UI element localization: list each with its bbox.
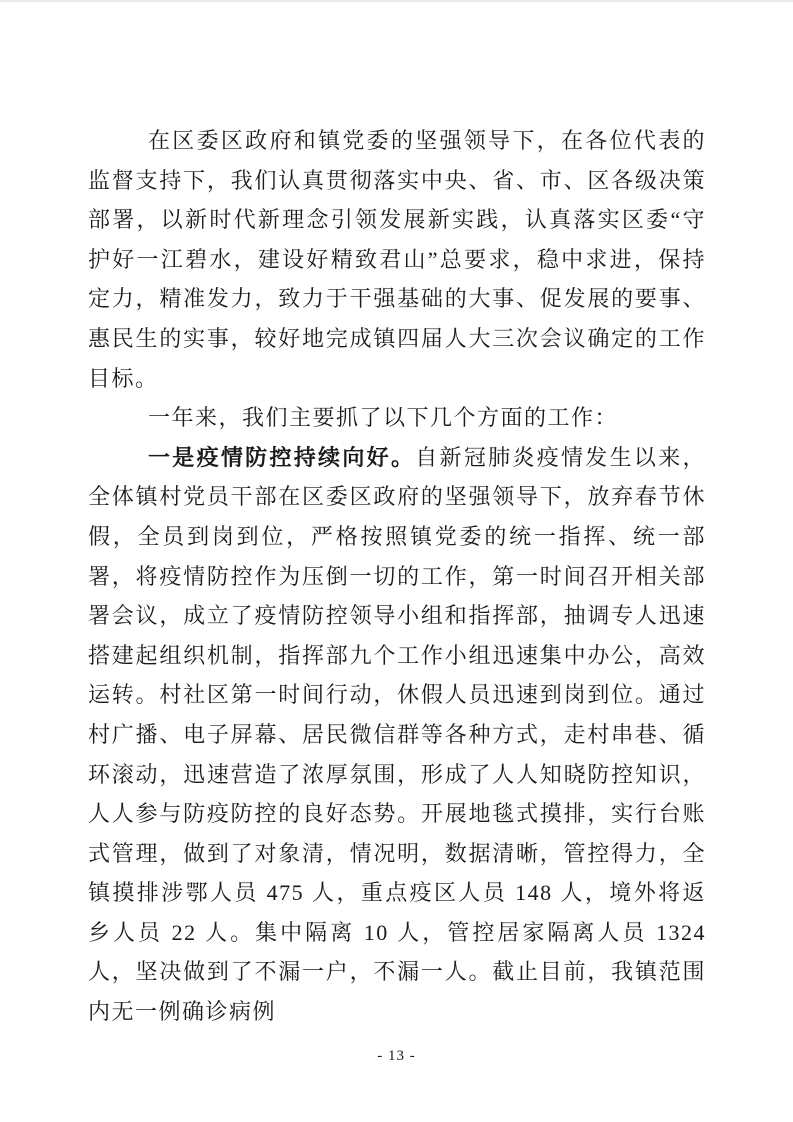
paragraph-text: 在区委区政府和镇党委的坚强领导下，在各位代表的监督支持下，我们认真贯彻落实中央、… xyxy=(88,128,706,391)
document-page: 在区委区政府和镇党委的坚强领导下，在各位代表的监督支持下，我们认真贯彻落实中央、… xyxy=(0,0,793,1122)
paragraph: 在区委区政府和镇党委的坚强领导下，在各位代表的监督支持下，我们认真贯彻落实中央、… xyxy=(88,121,706,398)
document-body: 在区委区政府和镇党委的坚强领导下，在各位代表的监督支持下，我们认真贯彻落实中央、… xyxy=(88,121,706,1032)
paragraph-text: 一年来，我们主要抓了以下几个方面的工作： xyxy=(148,405,618,430)
paragraph: 一是疫情防控持续向好。自新冠肺炎疫情发生以来，全体镇村党员干部在区委区政府的坚强… xyxy=(88,438,706,1032)
page-number: - 13 - xyxy=(0,1048,793,1065)
paragraph-text: 自新冠肺炎疫情发生以来，全体镇村党员干部在区委区政府的坚强领导下，放弃春节休假，… xyxy=(88,445,706,1024)
paragraph-bold-lead: 一是疫情防控持续向好。 xyxy=(148,445,415,470)
paragraph: 一年来，我们主要抓了以下几个方面的工作： xyxy=(88,398,706,438)
